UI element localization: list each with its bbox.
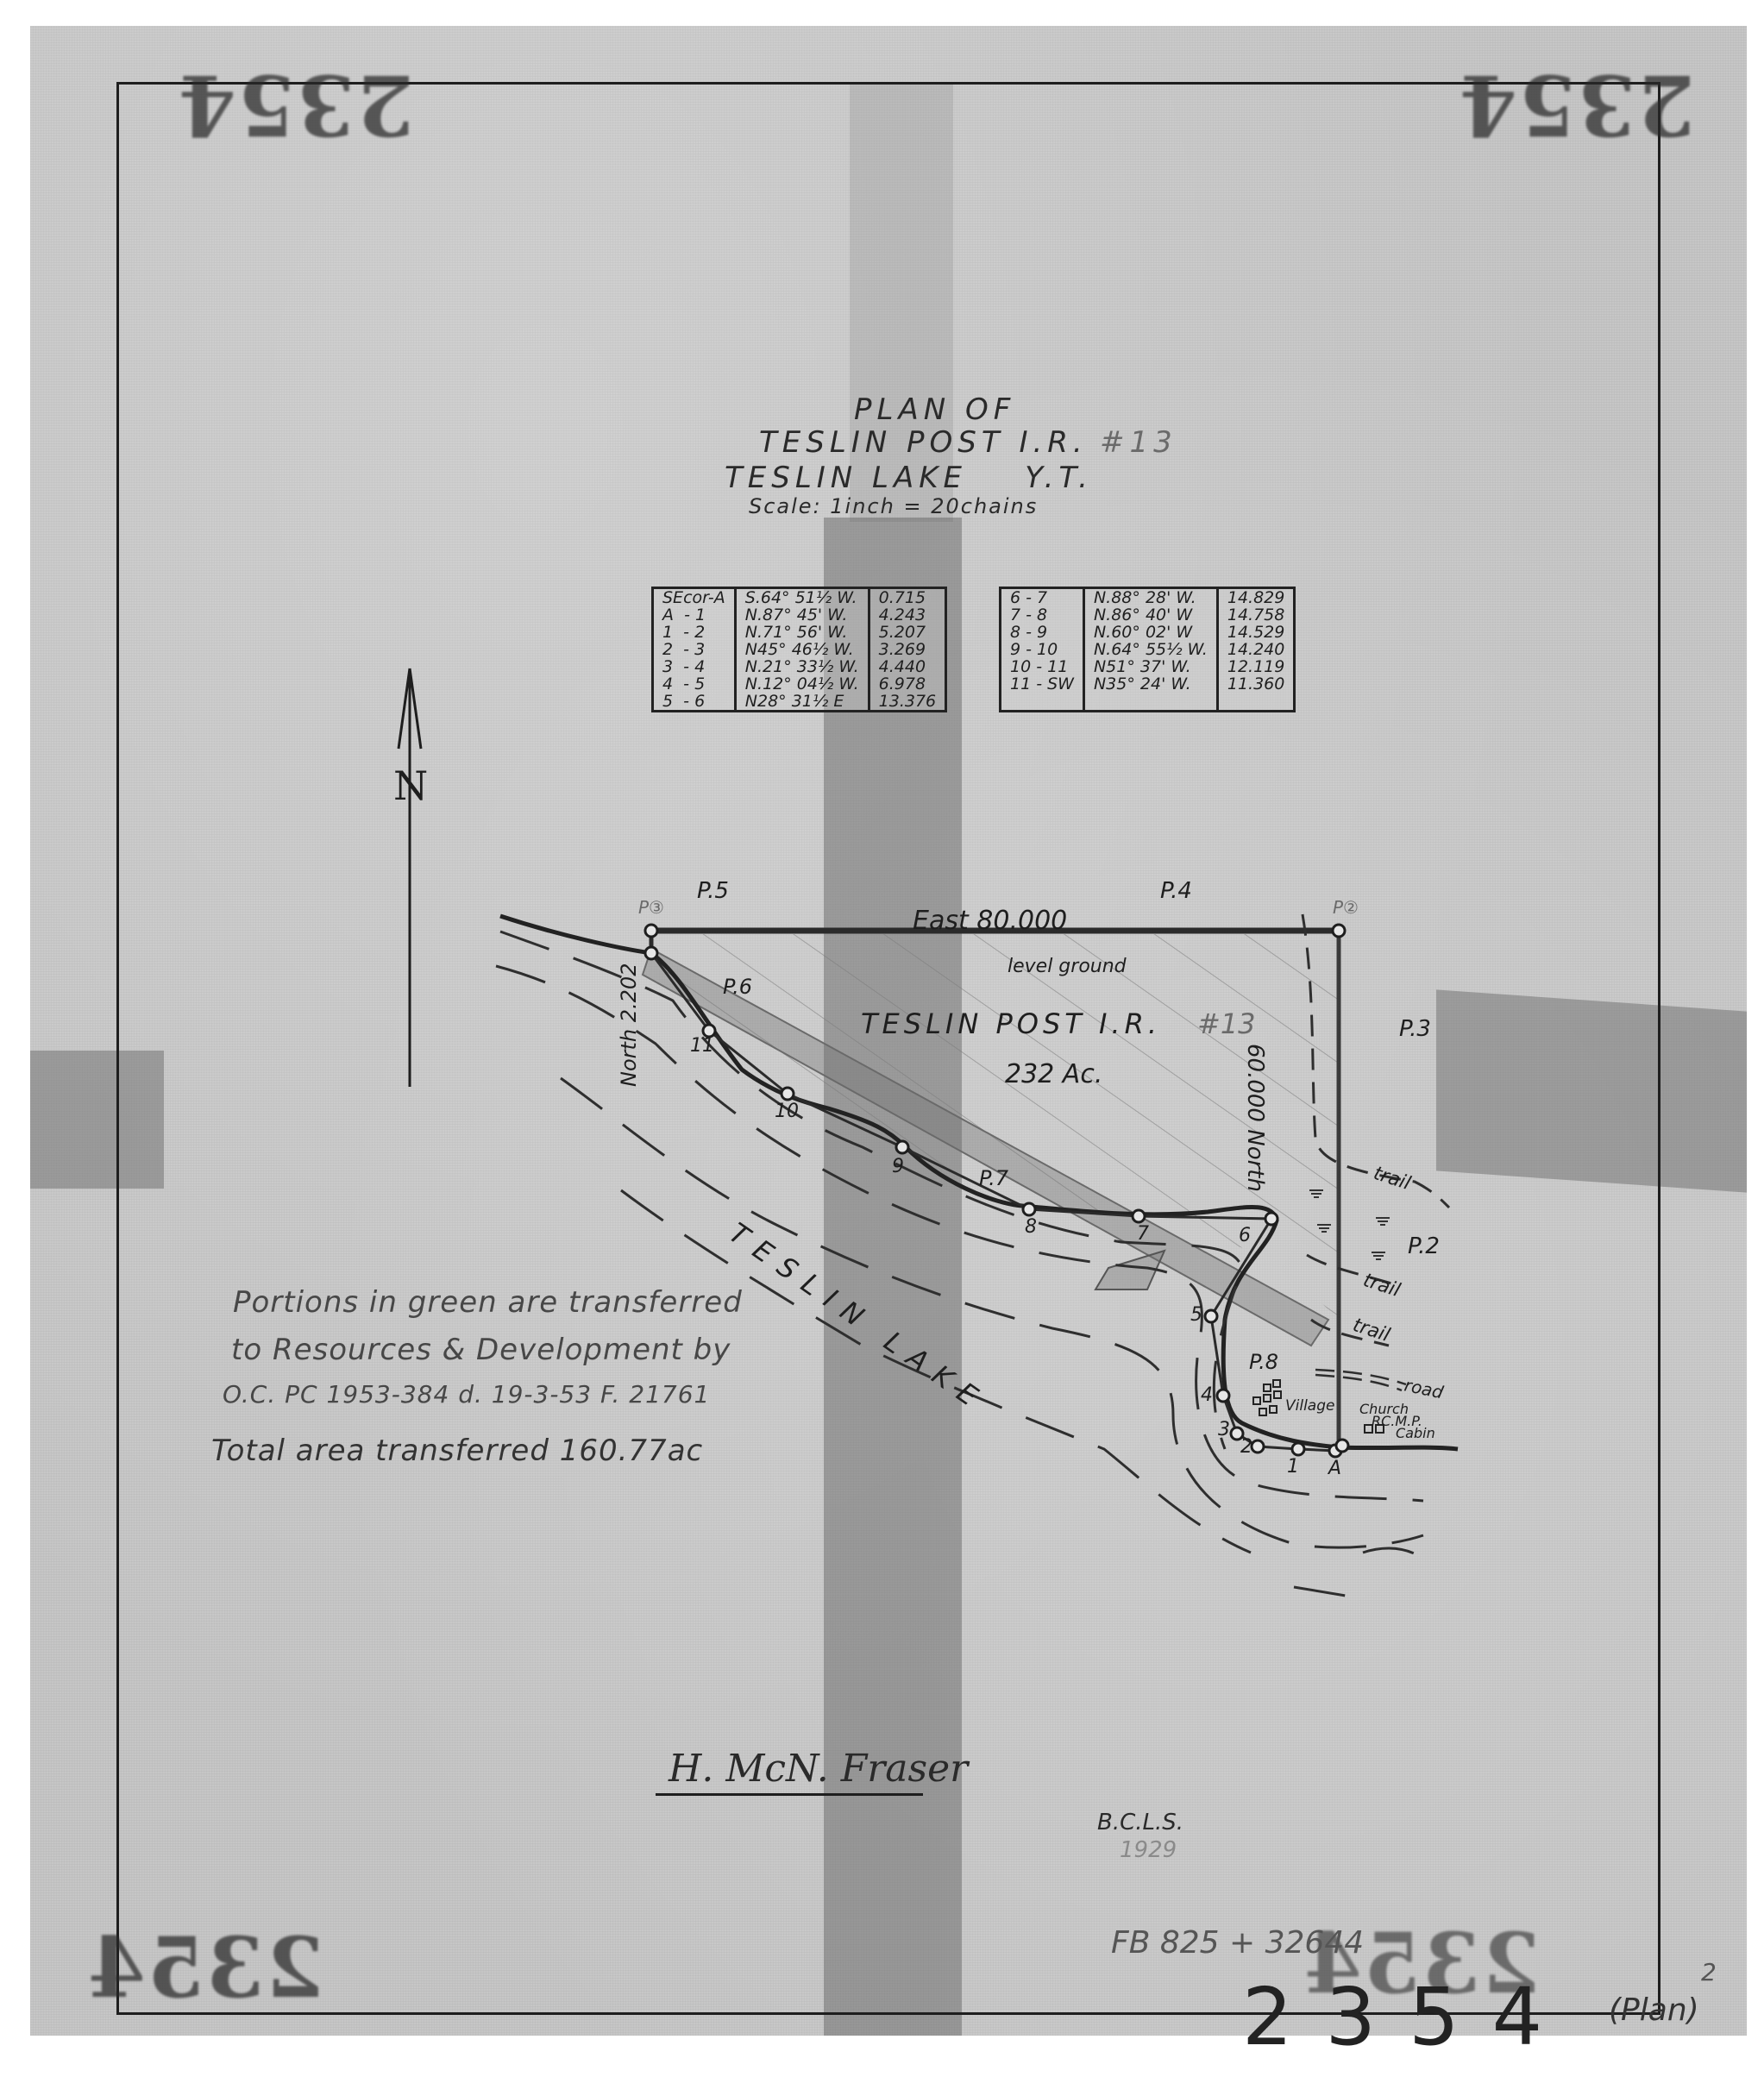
plan-suffix: (Plan) (1609, 1992, 1699, 2028)
plan-number: 2354 (1242, 1971, 1575, 2063)
parcel-name: TESLIN POST I.R. (861, 1007, 1161, 1040)
post-label-p4: P.4 (1160, 878, 1192, 904)
parcel-area: 232 Ac. (1005, 1059, 1102, 1089)
west-boundary-label: North 2.202 (617, 963, 641, 1087)
transfer-note-line-1: Portions in green are transferred (233, 1285, 743, 1320)
survey-year: 1929 (1120, 1837, 1177, 1863)
north-boundary-label: East 80.000 (913, 906, 1067, 936)
post-label-p5: P.5 (697, 878, 729, 904)
station-label: 8 (1025, 1216, 1037, 1238)
station-label: 1 (1287, 1456, 1299, 1478)
station-label: 11 (690, 1035, 714, 1057)
post-label-p2: P.2 (1408, 1233, 1440, 1259)
post-label-p2-circled: P② (1333, 897, 1359, 918)
transfer-note-line-3: O.C. PC 1953-384 d. 19-3-53 F. 21761 (223, 1380, 710, 1409)
village-label: Village (1285, 1397, 1334, 1415)
north-arrow-label: N (393, 762, 428, 809)
field-book-reference: FB 825 + 32644 (1111, 1925, 1364, 1961)
station-label: 2 (1240, 1436, 1252, 1458)
post-label-p3: P.3 (1399, 1016, 1431, 1042)
road-line (1315, 1370, 1406, 1390)
surveyor-signature: H. McN. Fraser (669, 1747, 968, 1791)
north-arrow-icon (399, 668, 421, 1087)
post-label-p6: P.6 (723, 975, 752, 999)
post-label-p8: P.8 (1249, 1350, 1278, 1374)
station-label: 5 (1190, 1304, 1202, 1326)
transfer-note-line-4: Total area transferred 160.77ac (211, 1434, 703, 1468)
surveyor-credential: B.C.L.S. (1097, 1810, 1183, 1835)
east-boundary-label: 60.000 North (1242, 1044, 1268, 1192)
post-label-p3-circled: P③ (638, 897, 664, 918)
station-label: 3 (1218, 1419, 1230, 1440)
station-label: 10 (775, 1101, 799, 1122)
station-label: 6 (1239, 1225, 1251, 1246)
station-label: 4 (1201, 1384, 1213, 1406)
parcel-name-annotation: #13 (1197, 1007, 1256, 1040)
station-label: 9 (892, 1156, 904, 1177)
transfer-note-line-2: to Resources & Development by (231, 1333, 731, 1367)
station-label: A (1328, 1458, 1341, 1479)
sheet-mark: 2 (1701, 1958, 1717, 1986)
terrain-note: level ground (1008, 956, 1127, 977)
post-label-p7: P.7 (979, 1166, 1008, 1190)
station-label: 7 (1137, 1223, 1149, 1245)
cabin-label: Cabin (1396, 1425, 1435, 1441)
signature-line (656, 1793, 923, 1796)
